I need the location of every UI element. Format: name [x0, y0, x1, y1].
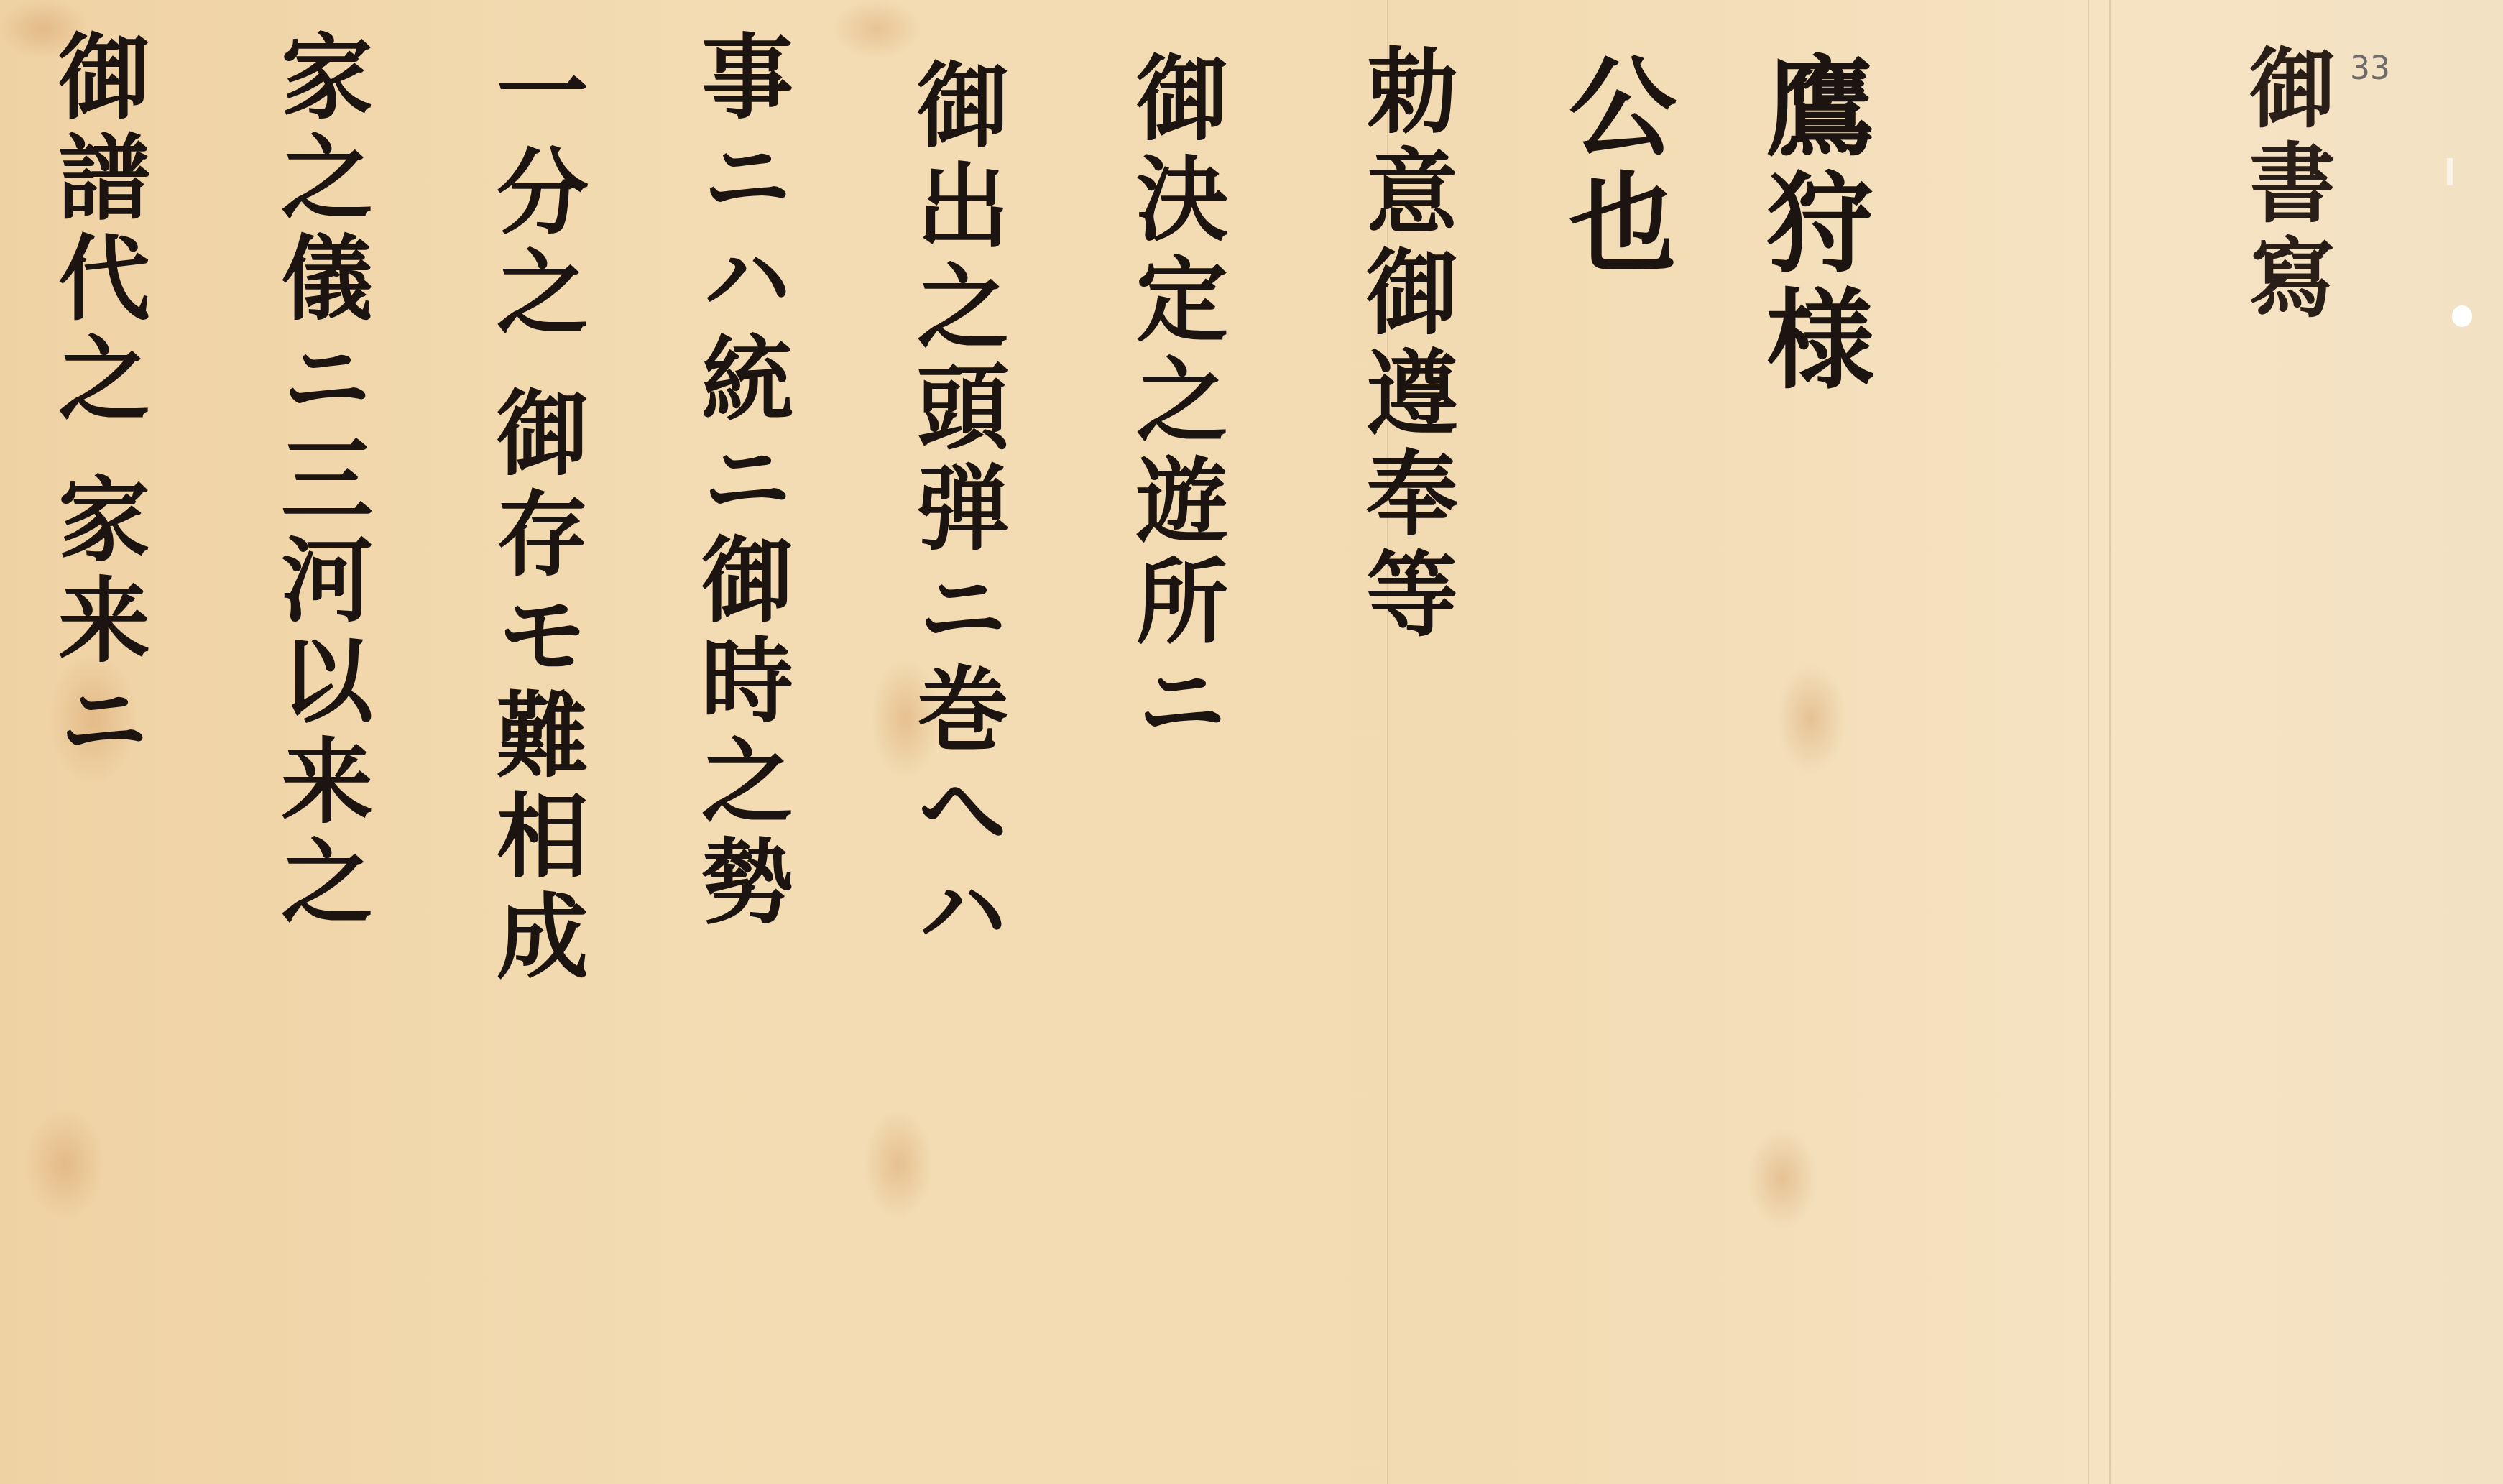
binding-hole [2452, 305, 2472, 327]
text-column-1: 鷹狩様 [1757, 50, 1865, 400]
text-column-2: 公也 [1559, 50, 1667, 283]
pencil-page-number: 33 [2350, 50, 2390, 87]
text-column-3: 勅意御遵奉等 [1358, 43, 1450, 647]
aged-paper-background [0, 0, 2503, 1484]
text-column-7: 一分之 御存モ難相成 [489, 43, 581, 990]
text-column-9: 御譜代之 家来ニ [50, 29, 142, 774]
title-column: 御書寫 [2242, 43, 2328, 328]
paper-slit [2447, 158, 2453, 185]
text-column-8: 家之儀ニ三河以来之 [273, 29, 365, 934]
text-column-4: 御決定之遊所ニ [1128, 50, 1220, 755]
text-column-6: 事ニハ統ニ御時之勢 [693, 29, 785, 934]
paper-fold-line [2109, 0, 2111, 1484]
text-column-5: 御出之頭弾ニ巻へハ [909, 57, 1001, 963]
paper-fold-line [2088, 0, 2089, 1484]
